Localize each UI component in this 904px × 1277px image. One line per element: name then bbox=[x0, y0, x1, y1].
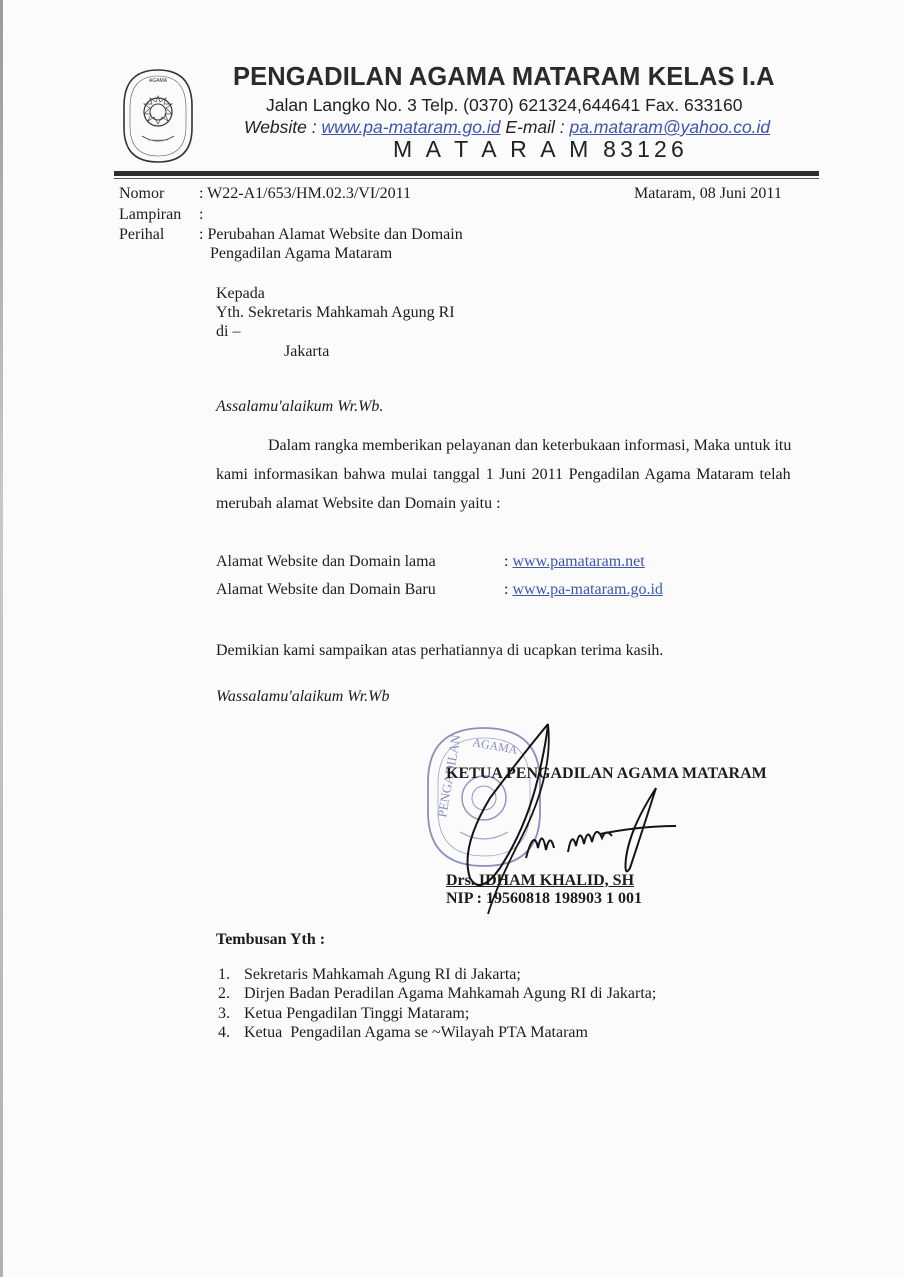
org-address: Jalan Langko No. 3 Telp. (0370) 621324,6… bbox=[266, 95, 742, 116]
paragraph-line-1: Dalam rangka memberikan pelayanan dan ke… bbox=[268, 437, 791, 455]
perihal-label: Perihal bbox=[119, 226, 164, 244]
scan-edge bbox=[0, 0, 3, 1277]
letterhead-divider bbox=[114, 171, 819, 176]
website-label: Website : bbox=[244, 117, 322, 137]
letter-date: Mataram, 08 Juni 2011 bbox=[634, 185, 782, 203]
website-link[interactable]: www.pa-mataram.go.id bbox=[322, 117, 501, 137]
court-seal-icon: AGAMA bbox=[118, 66, 198, 166]
cc-item-num: 2. bbox=[218, 985, 230, 1003]
perihal-line2: Pengadilan Agama Mataram bbox=[210, 245, 392, 263]
nomor-value: : W22-A1/653/HM.02.3/VI/2011 bbox=[199, 185, 411, 203]
perihal-line1: : Perubahan Alamat Website dan Domain bbox=[199, 226, 463, 244]
new-domain-label: Alamat Website dan Domain Baru bbox=[216, 581, 436, 599]
new-domain-link[interactable]: www.pa-mataram.go.id bbox=[512, 581, 662, 598]
recipient-city: Jakarta bbox=[284, 343, 329, 361]
nomor-label: Nomor bbox=[119, 185, 164, 203]
cc-item: Sekretaris Mahkamah Agung RI di Jakarta; bbox=[244, 966, 521, 984]
new-domain-value: : www.pa-mataram.go.id bbox=[504, 581, 663, 599]
cc-item: Ketua Pengadilan Tinggi Mataram; bbox=[244, 1005, 469, 1023]
email-link[interactable]: pa.mataram@yahoo.co.id bbox=[570, 117, 771, 137]
lampiran-label: Lampiran bbox=[119, 206, 181, 224]
recipient-kepada: Kepada bbox=[216, 285, 265, 303]
old-domain-link[interactable]: www.pamataram.net bbox=[512, 553, 644, 570]
org-name: PENGADILAN AGAMA MATARAM KELAS I.A bbox=[233, 63, 775, 92]
old-domain-label: Alamat Website dan Domain lama bbox=[216, 553, 436, 571]
org-city: M A T A R A M 83126 bbox=[393, 136, 688, 163]
org-contact: Website : www.pa-mataram.go.id E-mail : … bbox=[244, 117, 770, 138]
cc-item-num: 1. bbox=[218, 966, 230, 984]
closing-sentence: Demikian kami sampaikan atas perhatianny… bbox=[216, 642, 663, 660]
greeting: Assalamu'alaikum Wr.Wb. bbox=[216, 398, 383, 416]
farewell: Wassalamu'alaikum Wr.Wb bbox=[216, 688, 390, 706]
cc-item-num: 4. bbox=[218, 1024, 230, 1042]
lampiran-value: : bbox=[199, 206, 203, 224]
cc-item: Ketua Pengadilan Agama se ~Wilayah PTA M… bbox=[244, 1024, 588, 1042]
svg-text:AGAMA: AGAMA bbox=[149, 78, 168, 84]
recipient-name: Yth. Sekretaris Mahkamah Agung RI bbox=[216, 304, 455, 322]
cc-heading: Tembusan Yth : bbox=[216, 931, 325, 949]
handwritten-signature-icon bbox=[430, 718, 690, 918]
cc-item-num: 3. bbox=[218, 1005, 230, 1023]
cc-item: Dirjen Badan Peradilan Agama Mahkamah Ag… bbox=[244, 985, 656, 1003]
paragraph-line-2: kami informasikan bahwa mulai tanggal 1 … bbox=[216, 466, 791, 484]
paragraph-line-3: merubah alamat Website dan Domain yaitu … bbox=[216, 495, 501, 513]
old-domain-value: : www.pamataram.net bbox=[504, 553, 645, 571]
letterhead-divider-thin bbox=[114, 178, 819, 179]
recipient-di: di – bbox=[216, 323, 240, 341]
email-label: E-mail : bbox=[500, 117, 569, 137]
